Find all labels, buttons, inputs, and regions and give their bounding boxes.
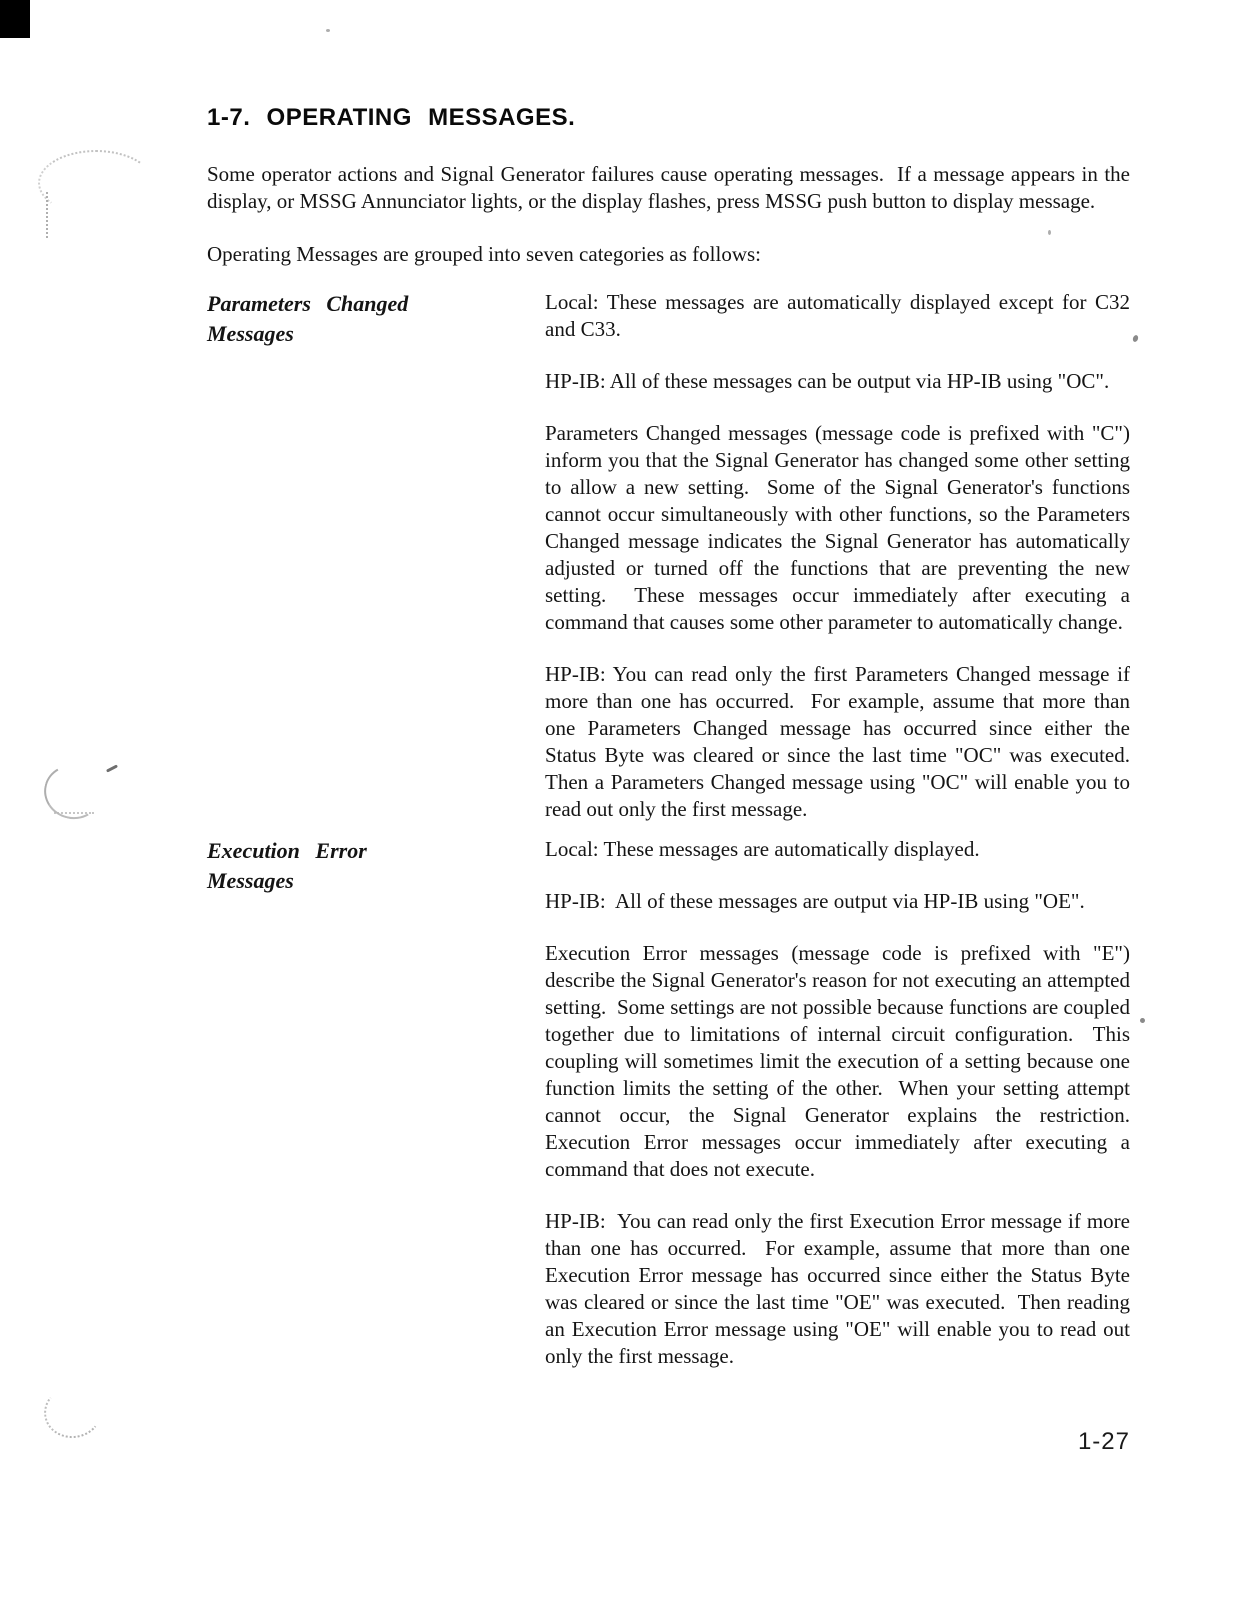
page-number: 1-27 — [207, 1428, 1130, 1456]
section-paragraph: Execution Error messages (message code i… — [545, 940, 1130, 1183]
scan-artifact-arc — [38, 150, 154, 216]
intro-paragraph: Some operator actions and Signal Generat… — [207, 161, 1130, 215]
scan-artifact-dashes — [46, 192, 48, 238]
section-body: Local: These messages are automatically … — [545, 289, 1130, 823]
scan-corner-mark — [0, 0, 30, 38]
section-paragraph: HP-IB: You can read only the first Param… — [545, 661, 1130, 823]
section-paragraph: HP-IB: You can read only the first Execu… — [545, 1208, 1130, 1370]
scan-artifact-bottom-curve — [41, 1382, 106, 1442]
section-label-parameters-changed: Parameters Changed Messages — [207, 289, 545, 823]
scan-artifact-tick — [106, 764, 118, 772]
section-paragraph: HP-IB: All of these messages are output … — [545, 888, 1130, 915]
section-paragraph: HP-IB: All of these messages can be outp… — [545, 368, 1130, 395]
section-paragraph: Local: These messages are automatically … — [545, 289, 1130, 343]
scan-artifact-dash — [54, 812, 94, 814]
scan-speck — [1132, 334, 1139, 342]
section-execution-error: Execution Error Messages Local: These me… — [207, 836, 1130, 1370]
scan-speck — [1140, 1018, 1145, 1023]
scan-speck — [326, 29, 330, 32]
section-paragraph: Local: These messages are automatically … — [545, 836, 1130, 863]
section-parameters-changed: Parameters Changed Messages Local: These… — [207, 289, 1130, 823]
grouping-line: Operating Messages are grouped into seve… — [207, 241, 1130, 268]
scan-artifact-curve — [38, 759, 107, 825]
section-label-execution-error: Execution Error Messages — [207, 836, 545, 1370]
section-paragraph: Parameters Changed messages (message cod… — [545, 420, 1130, 636]
page-content: 1-7. OPERATING MESSAGES. Some operator a… — [207, 104, 1130, 1456]
section-body: Local: These messages are automatically … — [545, 836, 1130, 1370]
section-heading: 1-7. OPERATING MESSAGES. — [207, 104, 1130, 132]
